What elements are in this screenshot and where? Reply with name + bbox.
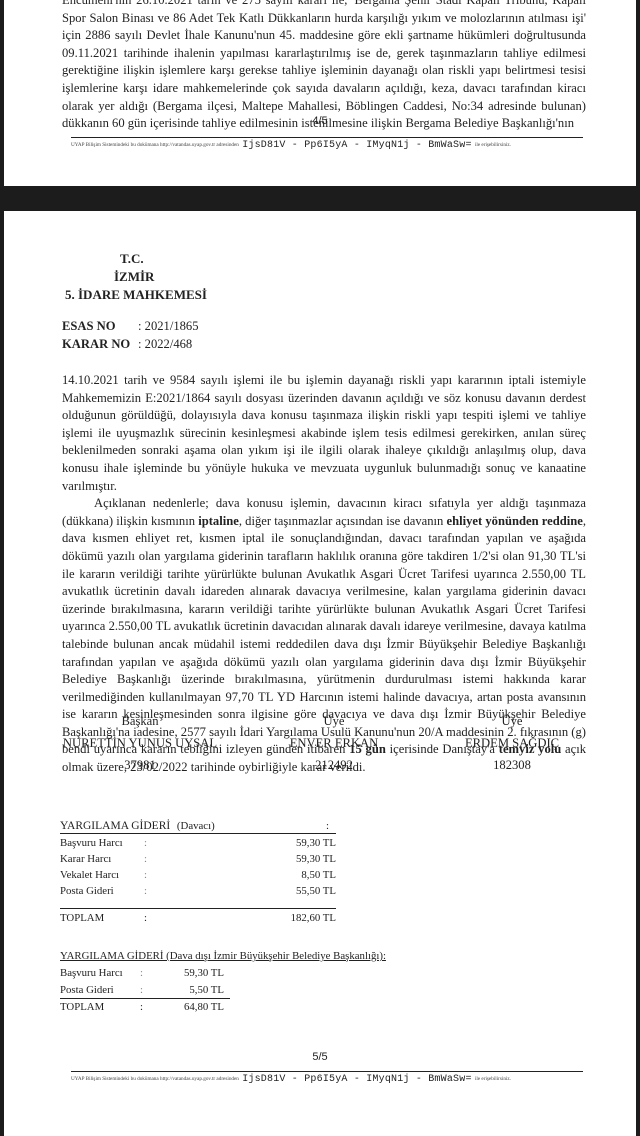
verdict-bold: ehliyet yönünden reddine (447, 514, 583, 528)
footer-prefix: UYAP Bilişim Sistemindeki bu dokümana ht… (71, 1076, 239, 1082)
paragraph-text: Encümeni'nin 26.10.2021 tarih ve 275 say… (62, 0, 586, 133)
cost-row-amount: 59,30 TL (236, 837, 336, 849)
cost-row-colon: : (140, 984, 143, 996)
cost-row-label: Vekalet Harcı (60, 869, 119, 881)
esas-value: : 2021/1865 (138, 319, 199, 334)
signature-role: Üye (432, 710, 592, 732)
signature-id: 37981 (60, 754, 220, 776)
page-number: 4/5 (4, 115, 636, 127)
signature-name: ENVER ERKAN (254, 732, 414, 754)
verification-code: IjsD81V - Pp6I5yA - IMyqN1j - BmWaSw= (242, 1074, 471, 1085)
cost-row-amount: 55,50 TL (236, 885, 336, 897)
footer-divider (71, 1071, 583, 1072)
footer-suffix: ile erişebilirsiniz. (475, 1076, 511, 1082)
signature-role: Başkan (60, 710, 220, 732)
cost-row-amount: 5,50 TL (144, 984, 224, 996)
total-label: TOPLAM (60, 1001, 104, 1013)
reasoning-paragraph: 14.10.2021 tarih ve 9584 sayılı işlemi i… (62, 372, 586, 495)
document-page-4: Encümeni'nin 26.10.2021 tarih ve 275 say… (4, 0, 636, 186)
costs-subtitle: (Davacı) (177, 820, 215, 832)
page-number: 5/5 (4, 1051, 636, 1063)
esas-no: ESAS NO : 2021/1865 (62, 319, 116, 334)
document-page-5: T.C. İZMİR 5. İDARE MAHKEMESİ ESAS NO : … (4, 211, 636, 1136)
total-divider (60, 998, 230, 999)
footer-divider (71, 137, 583, 138)
total-divider (60, 908, 336, 909)
footer-prefix: UYAP Bilişim Sistemindeki bu dokümana ht… (71, 142, 239, 148)
cost-row-amount: 8,50 TL (236, 869, 336, 881)
total-amount: 64,80 TL (144, 1001, 224, 1013)
cost-row-label: Posta Gideri (60, 984, 114, 996)
signature-president: Başkan NURETTİN YUNUS UYSAL 37981 (60, 710, 220, 776)
total-colon: : (140, 1001, 143, 1013)
signature-role: Üye (254, 710, 414, 732)
signature-name: NURETTİN YUNUS UYSAL (60, 732, 220, 754)
cost-row-label: Karar Harcı (60, 853, 111, 865)
costs-title: YARGILAMA GİDERİ (Davacı) (60, 820, 215, 832)
karar-value: : 2022/468 (138, 337, 192, 352)
karar-no: KARAR NO : 2022/468 (62, 337, 130, 352)
cost-row-amount: 59,30 TL (236, 853, 336, 865)
costs-title-colon: : (326, 820, 329, 832)
cost-row-colon: : (144, 837, 147, 849)
costs-title-text: YARGILAMA GİDERİ (60, 820, 170, 832)
page4-paragraph: Encümeni'nin 26.10.2021 tarih ve 275 say… (62, 0, 586, 133)
signature-name: ERDEM SAĞDIÇ (432, 732, 592, 754)
esas-label: ESAS NO (62, 319, 116, 333)
verdict-text: , diğer taşınmazlar açısından ise davanı… (239, 514, 447, 528)
costs-divider (60, 833, 336, 834)
footer-verification: UYAP Bilişim Sistemindeki bu dokümana ht… (71, 1074, 591, 1085)
cost-row-label: Başvuru Harcı (60, 837, 123, 849)
cost-row-colon: : (144, 869, 147, 881)
verification-code: IjsD81V - Pp6I5yA - IMyqN1j - BmWaSw= (242, 140, 471, 151)
cost-row-label: Posta Gideri (60, 885, 114, 897)
cost-row-amount: 59,30 TL (144, 967, 224, 979)
verdict-bold: iptaline (198, 514, 239, 528)
footer-suffix: ile erişebilirsiniz. (475, 142, 511, 148)
costs-title: YARGILAMA GİDERİ (Dava dışı İzmir Büyükş… (60, 950, 386, 962)
header-city: İZMİR (114, 269, 154, 285)
signature-id: 182308 (432, 754, 592, 776)
header-tc: T.C. (120, 251, 144, 267)
total-colon: : (144, 912, 147, 924)
karar-label: KARAR NO (62, 337, 130, 351)
cost-row-colon: : (144, 853, 147, 865)
cost-row-colon: : (140, 967, 143, 979)
signature-member-1: Üye ENVER ERKAN 212492 (254, 710, 414, 776)
signature-member-2: Üye ERDEM SAĞDIÇ 182308 (432, 710, 592, 776)
total-amount: 182,60 TL (236, 912, 336, 924)
header-court: 5. İDARE MAHKEMESİ (65, 287, 207, 303)
signature-id: 212492 (254, 754, 414, 776)
total-label: TOPLAM (60, 912, 104, 924)
footer-verification: UYAP Bilişim Sistemindeki bu dokümana ht… (71, 140, 591, 151)
cost-row-colon: : (144, 885, 147, 897)
cost-row-label: Başvuru Harcı (60, 967, 123, 979)
